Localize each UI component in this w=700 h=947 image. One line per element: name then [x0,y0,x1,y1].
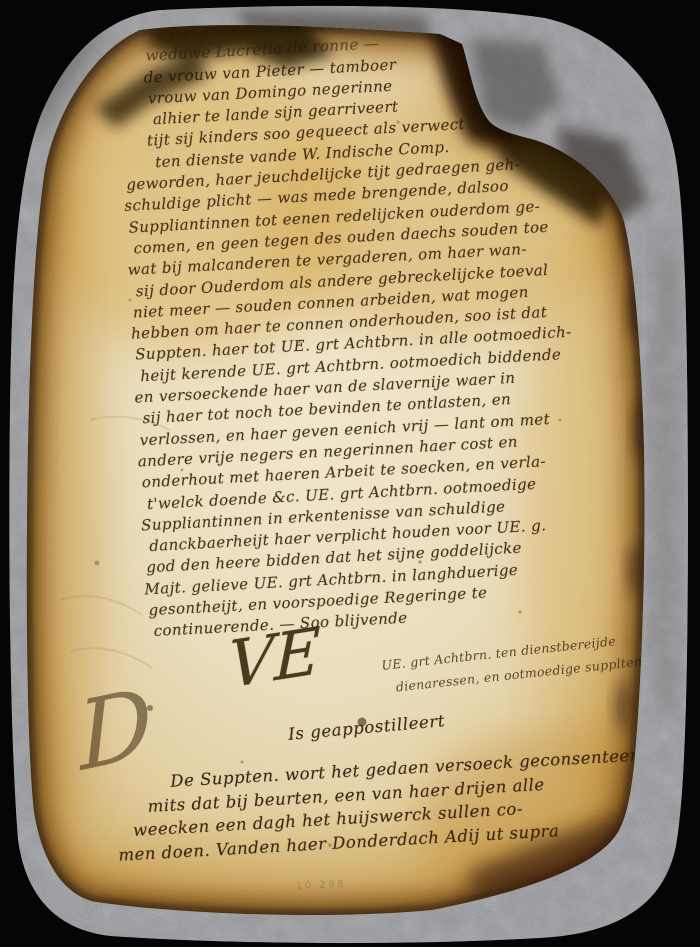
char-patch [612,176,654,262]
closing-formula: UE. grt Achtbrn. ten dienstbereijdediena… [380,626,647,699]
char-blob [633,398,651,462]
ink-blot [95,561,100,566]
manuscript-photo: — wesende alle verbiedt —weduwe Lucretia… [0,0,700,947]
char-blob [627,544,645,596]
char-blob [614,682,634,730]
apostille-body: De Suppten. wort het gedaen versoeck gec… [114,743,650,867]
petition-body: — wesende alle verbiedt —weduwe Lucretia… [118,3,587,643]
char-blob [628,282,648,338]
tissue-shadow-streak [20,25,110,140]
closing-monogram: VE [228,614,321,704]
tissue-shading [655,240,676,720]
pencil-annotation: 10.298 [296,879,346,892]
apostille-heading: Is geappostilleert [287,711,445,744]
char-behind-tissue [20,24,112,142]
char-behind-tissue [556,126,648,226]
